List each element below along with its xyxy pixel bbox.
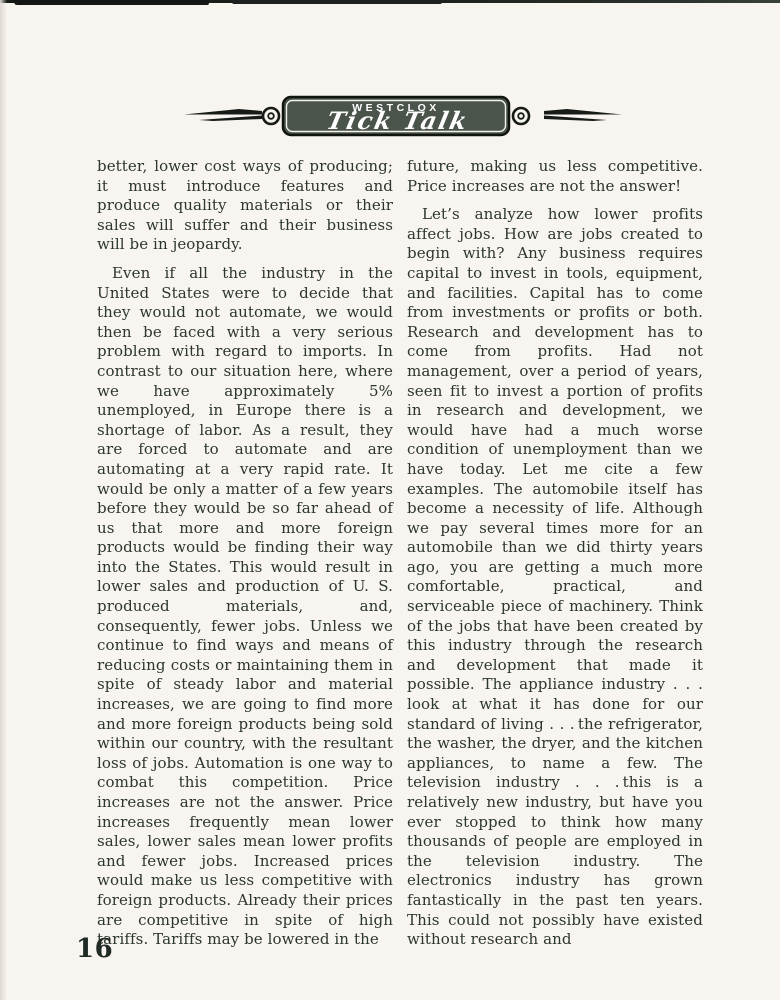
right-column: future, making us less competitive. Pric…: [407, 157, 703, 950]
clock-hand-left-icon: [184, 109, 262, 121]
ring-left-icon: [263, 108, 279, 124]
page-number: 16: [76, 934, 113, 964]
scan-edge-artifact: [14, 0, 209, 5]
scan-edge-artifact: [232, 0, 442, 4]
tick-talk-masthead: WESTCLOX Tick Talk: [183, 90, 623, 142]
masthead-graphic: WESTCLOX Tick Talk: [183, 90, 623, 142]
logo-badge: WESTCLOX Tick Talk: [283, 97, 509, 135]
magazine-page: WESTCLOX Tick Talk better, lower cost wa…: [0, 0, 780, 1000]
paragraph: better, lower cost ways of producing; it…: [97, 157, 393, 255]
tick-talk-script-title: Tick Talk: [324, 106, 471, 135]
ring-right-icon: [513, 108, 529, 124]
left-column: better, lower cost ways of producing; it…: [97, 157, 393, 950]
paragraph: Let’s analyze how lower profits affect j…: [407, 205, 703, 950]
article-body: better, lower cost ways of producing; it…: [97, 157, 703, 950]
paragraph: future, making us less competitive. Pric…: [407, 157, 703, 196]
paragraph: Even if all the industry in the United S…: [97, 264, 393, 950]
scan-edge-left: [0, 0, 7, 1000]
clock-hand-right-icon: [544, 109, 622, 121]
